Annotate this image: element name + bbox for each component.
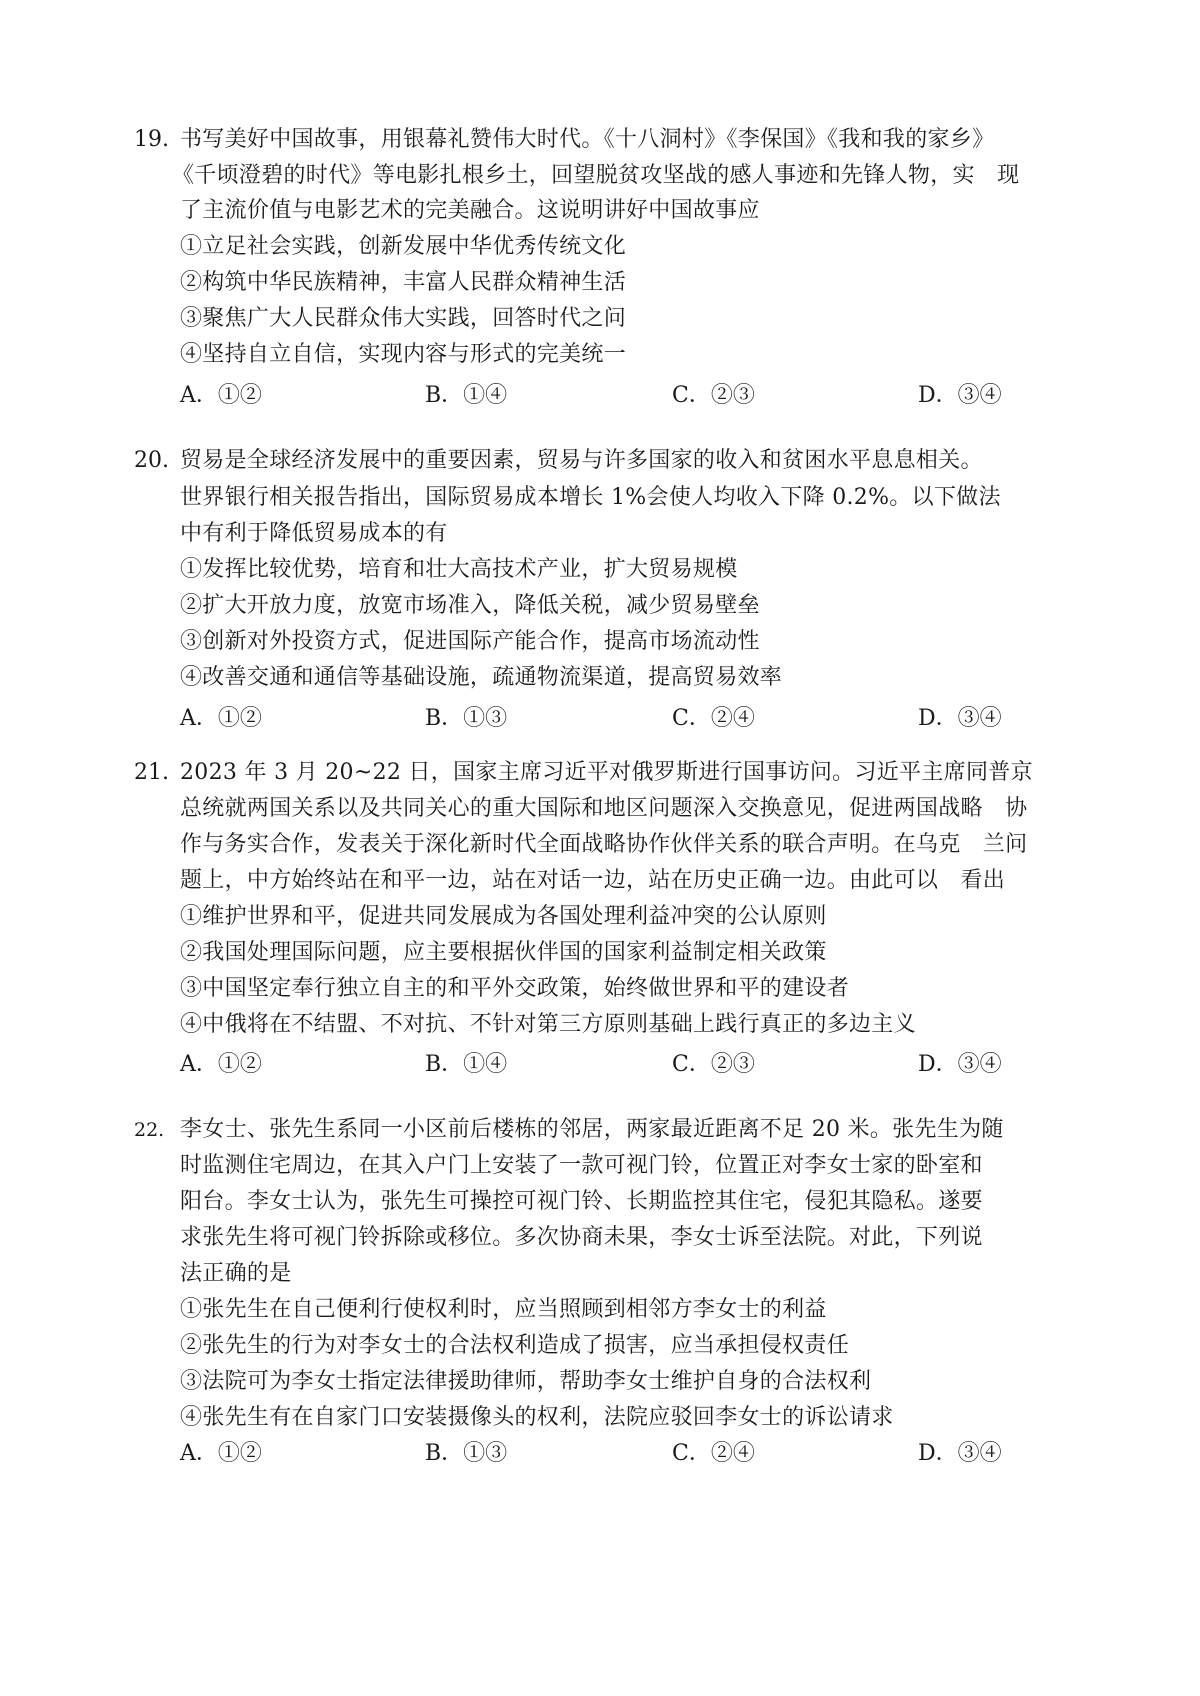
statement-1: ①立足社会实践，创新发展中华优秀传统文化 — [180, 233, 626, 261]
question-stem-line: 《千顷澄碧的时代》等电影扎根乡土，回望脱贫攻坚战的感人事迹和先锋人物，实 现 — [172, 162, 1019, 190]
question-stem-line: 阳台。李女士认为，张先生可操控可视门铃、长期监控其住宅，侵犯其隐私。遂要 — [180, 1188, 983, 1216]
statement-4: ④改善交通和通信等基础设施，疏通物流渠道，提高贸易效率 — [180, 664, 782, 692]
question-stem-line: 作与务实合作，发表关于深化新时代全面战略协作伙伴关系的联合声明。在乌克 兰问 — [180, 831, 1027, 859]
statement-4: ④张先生有在自家门口安装摄像头的权利，法院应驳回李女士的诉讼请求 — [180, 1404, 894, 1432]
option-c[interactable]: C．②④ — [672, 705, 755, 733]
option-b[interactable]: B．①③ — [425, 1440, 507, 1468]
statement-2: ②我国处理国际问题，应主要根据伙伴国的国家利益制定相关政策 — [180, 939, 827, 967]
statement-1: ①发挥比较优势，培育和壮大高技术产业，扩大贸易规模 — [180, 556, 738, 584]
statement-1: ①维护世界和平，促进共同发展成为各国处理利益冲突的公认原则 — [180, 903, 827, 931]
question-stem-line: 贸易是全球经济发展中的重要因素，贸易与许多国家的收入和贫困水平息息相关。 — [180, 447, 983, 475]
option-c[interactable]: C．②③ — [672, 382, 755, 410]
statement-2: ②扩大开放力度，放宽市场准入，降低关税，减少贸易壁垒 — [180, 592, 760, 620]
question-stem-line: 总统就两国关系以及共同关心的重大国际和地区问题深入交换意见，促进两国战略 协 — [180, 795, 1027, 823]
question-stem-line: 李女士、张先生系同一小区前后楼栋的邻居，两家最近距离不足 20 米。张先生为随 — [180, 1116, 1004, 1144]
statement-2: ②构筑中华民族精神，丰富人民群众精神生活 — [180, 269, 626, 297]
question-stem-line: 2023 年 3 月 20~22 日，国家主席习近平对俄罗斯进行国事访问。习近平… — [180, 759, 1033, 787]
question-stem-line: 时监测住宅周边，在其入户门上安装了一款可视门铃，位置正对李女士家的卧室和 — [180, 1152, 983, 1180]
question-stem-line: 中有利于降低贸易成本的有 — [180, 520, 448, 548]
question-stem-line: 求张先生将可视门铃拆除或移位。多次协商未果，李女士诉至法院。对此，下列说 — [180, 1224, 983, 1252]
option-c[interactable]: C．②④ — [672, 1440, 755, 1468]
option-a[interactable]: A．①② — [180, 1440, 262, 1468]
statement-3: ③创新对外投资方式，促进国际产能合作，提高市场流动性 — [180, 628, 760, 656]
question-number: 21. — [134, 759, 169, 787]
question-stem-line: 题上，中方始终站在和平一边，站在对话一边，站在历史正确一边。由此可以 看出 — [180, 867, 1005, 895]
option-b[interactable]: B．①③ — [425, 705, 507, 733]
statement-3: ③聚焦广大人民群众伟大实践，回答时代之问 — [180, 305, 626, 333]
option-d[interactable]: D．③④ — [918, 1440, 1002, 1468]
question-number: 20. — [134, 447, 169, 475]
option-c[interactable]: C．②③ — [672, 1051, 755, 1079]
statement-1: ①张先生在自己便利行使权利时，应当照顾到相邻方李女士的利益 — [180, 1296, 827, 1324]
statement-4: ④坚持自立自信，实现内容与形式的完美统一 — [180, 341, 626, 369]
question-number: 22. — [134, 1116, 164, 1144]
question-stem-line: 书写美好中国故事，用银幕礼赞伟大时代。《十八洞村》《李保国》《我和我的家乡》 — [180, 126, 994, 154]
question-stem-line: 世界银行相关报告指出，国际贸易成本增长 1%会使人均收入下降 0.2%。以下做法 — [180, 484, 1001, 512]
statement-2: ②张先生的行为对李女士的合法权利造成了损害，应当承担侵权责任 — [180, 1332, 849, 1360]
option-d[interactable]: D．③④ — [918, 1051, 1002, 1079]
option-a[interactable]: A．①② — [180, 1051, 262, 1079]
option-a[interactable]: A．①② — [180, 705, 262, 733]
question-stem-line: 法正确的是 — [180, 1260, 292, 1288]
exam-page: 19. 书写美好中国故事，用银幕礼赞伟大时代。《十八洞村》《李保国》《我和我的家… — [0, 0, 1200, 1696]
statement-3: ③法院可为李女士指定法律援助律师，帮助李女士维护自身的合法权利 — [180, 1368, 871, 1396]
option-b[interactable]: B．①④ — [425, 382, 507, 410]
option-d[interactable]: D．③④ — [918, 382, 1002, 410]
statement-4: ④中俄将在不结盟、不对抗、不针对第三方原则基础上践行真正的多边主义 — [180, 1011, 916, 1039]
option-a[interactable]: A．①② — [180, 382, 262, 410]
statement-3: ③中国坚定奉行独立自主的和平外交政策，始终做世界和平的建设者 — [180, 975, 849, 1003]
question-number: 19. — [134, 126, 169, 154]
option-d[interactable]: D．③④ — [918, 705, 1002, 733]
question-stem-line: 了主流价值与电影艺术的完美融合。这说明讲好中国故事应 — [180, 197, 760, 225]
option-b[interactable]: B．①④ — [425, 1051, 507, 1079]
